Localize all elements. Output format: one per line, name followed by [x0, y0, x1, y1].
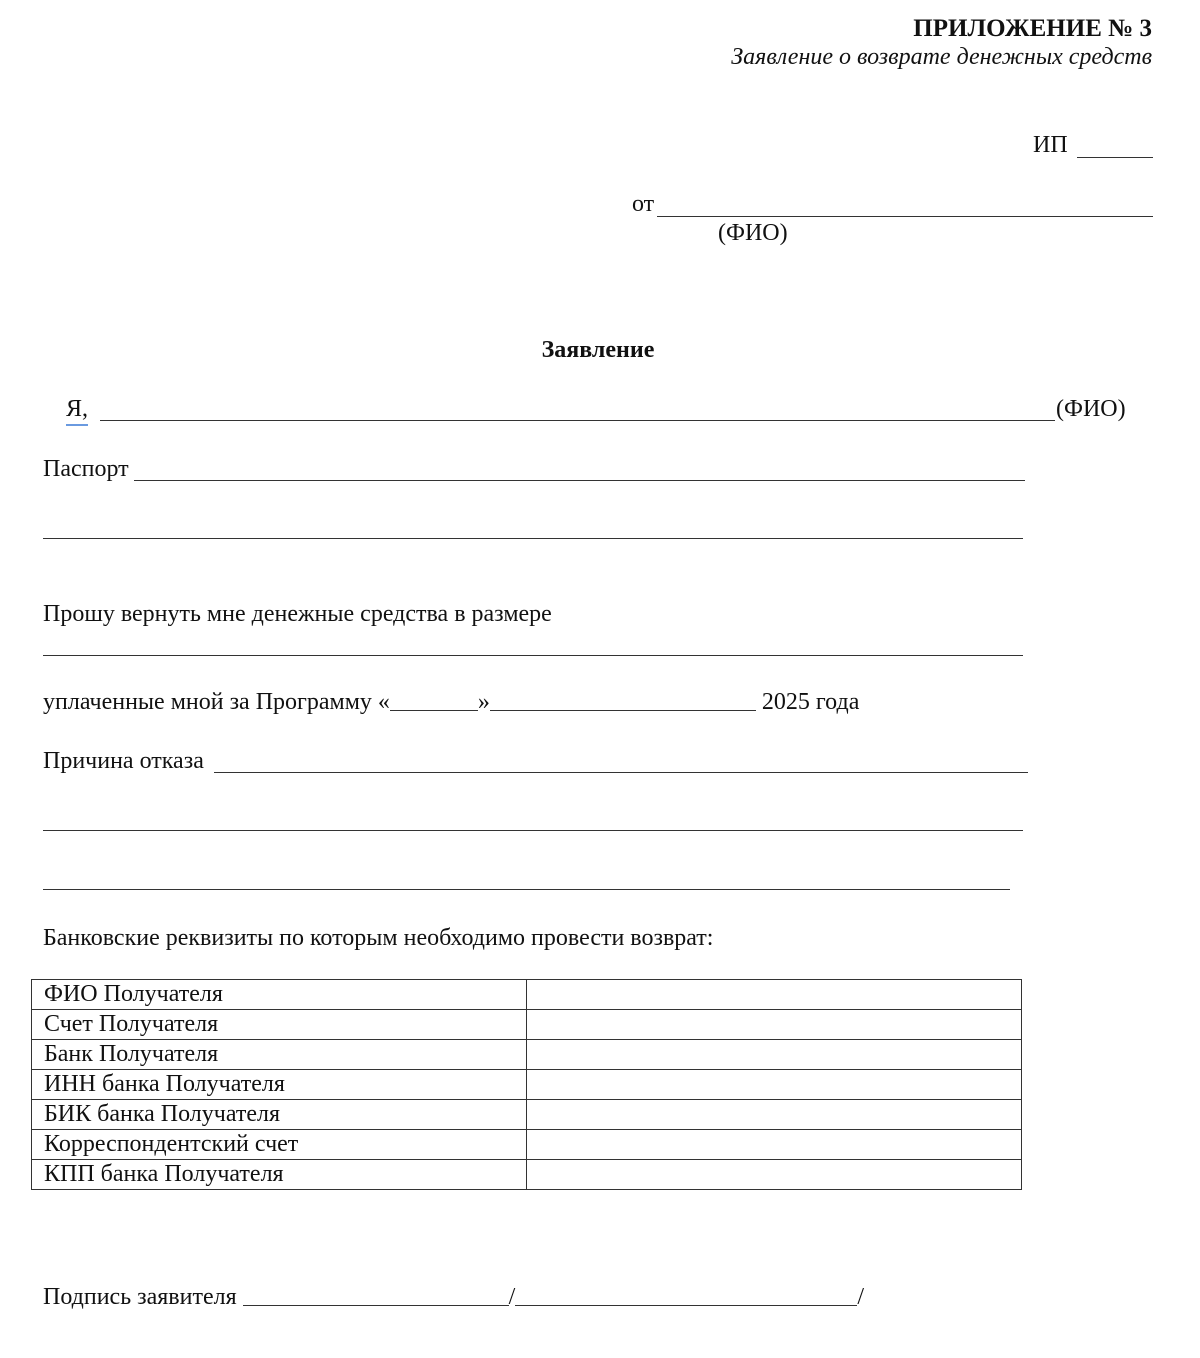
- table-row: Банк Получателя: [32, 1040, 1022, 1070]
- table-row: Счет Получателя: [32, 1010, 1022, 1040]
- amount-blank[interactable]: [43, 655, 1023, 656]
- table-row: Корреспондентский счет: [32, 1130, 1022, 1160]
- bank-field-value[interactable]: [527, 1100, 1022, 1130]
- applicant-fio-caption: (ФИО): [1056, 397, 1126, 421]
- from-fio-blank[interactable]: [657, 216, 1153, 217]
- to-ip-row: ИП: [1033, 133, 1068, 157]
- table-row: ИНН банка Получателя: [32, 1070, 1022, 1100]
- bank-field-label: БИК банка Получателя: [32, 1100, 527, 1130]
- reason-blank-1[interactable]: [214, 772, 1028, 773]
- signature-row: Подпись заявителя //: [43, 1285, 864, 1309]
- bank-field-label: Банк Получателя: [32, 1040, 527, 1070]
- document-title: Заявление: [0, 338, 1196, 362]
- applicant-prefix-text: Я,: [66, 396, 88, 426]
- bank-field-value[interactable]: [527, 1160, 1022, 1190]
- signature-separator-2: /: [857, 1284, 864, 1310]
- passport-label: Паспорт: [43, 457, 129, 481]
- paid-year-text: 2025 года: [762, 689, 859, 715]
- table-row: КПП банка Получателя: [32, 1160, 1022, 1190]
- from-label: от: [632, 192, 654, 216]
- signature-name-blank[interactable]: [515, 1304, 857, 1306]
- passport-blank-1[interactable]: [134, 480, 1025, 481]
- bank-details-intro: Банковские реквизиты по которым необходи…: [43, 926, 713, 950]
- bank-field-value[interactable]: [527, 1040, 1022, 1070]
- passport-blank-2[interactable]: [43, 538, 1023, 539]
- appendix-title: ПРИЛОЖЕНИЕ № 3: [913, 16, 1152, 41]
- paid-text: уплаченные мной за Программу «: [43, 689, 390, 715]
- reason-blank-3[interactable]: [43, 889, 1010, 890]
- request-text: Прошу вернуть мне денежные средства в ра…: [43, 602, 552, 626]
- to-ip-label: ИП: [1033, 132, 1068, 158]
- paid-row: уплаченные мной за Программу «» 2025 год…: [43, 690, 859, 714]
- appendix-subtitle: Заявление о возврате денежных средств: [731, 45, 1152, 69]
- signature-separator-1: /: [509, 1284, 516, 1310]
- reason-label: Причина отказа: [43, 749, 204, 773]
- from-fio-caption: (ФИО): [718, 221, 788, 245]
- bank-field-label: ИНН банка Получателя: [32, 1070, 527, 1100]
- program-name-blank[interactable]: [390, 709, 478, 711]
- reason-blank-2[interactable]: [43, 830, 1023, 831]
- bank-field-value[interactable]: [527, 1070, 1022, 1100]
- table-row: БИК банка Получателя: [32, 1100, 1022, 1130]
- bank-field-value[interactable]: [527, 1010, 1022, 1040]
- payment-date-blank[interactable]: [490, 709, 756, 711]
- bank-field-value[interactable]: [527, 980, 1022, 1010]
- applicant-prefix: Я,: [66, 397, 88, 421]
- applicant-fio-blank[interactable]: [100, 420, 1055, 421]
- signature-blank[interactable]: [243, 1304, 509, 1306]
- bank-field-label: ФИО Получателя: [32, 980, 527, 1010]
- bank-field-value[interactable]: [527, 1130, 1022, 1160]
- bank-field-label: Счет Получателя: [32, 1010, 527, 1040]
- paid-quote-close: »: [478, 689, 490, 715]
- bank-details-table: ФИО Получателя Счет Получателя Банк Полу…: [31, 979, 1022, 1190]
- table-row: ФИО Получателя: [32, 980, 1022, 1010]
- bank-field-label: КПП банка Получателя: [32, 1160, 527, 1190]
- to-ip-blank[interactable]: [1077, 157, 1153, 158]
- bank-field-label: Корреспондентский счет: [32, 1130, 527, 1160]
- signature-label: Подпись заявителя: [43, 1284, 237, 1310]
